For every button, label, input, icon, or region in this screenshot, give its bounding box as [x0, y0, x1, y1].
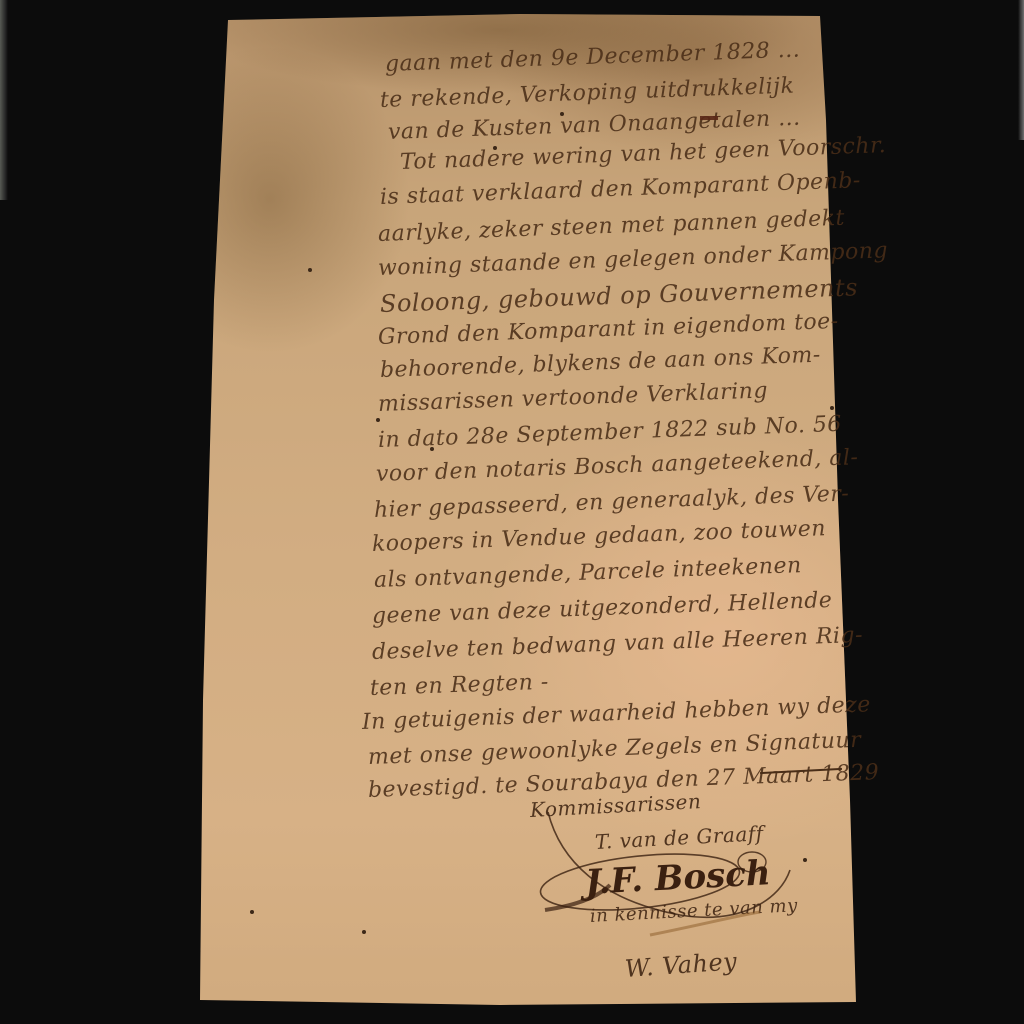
ink-spot: [362, 930, 366, 934]
ink-spot: [308, 268, 312, 272]
ink-spot: [376, 418, 380, 422]
handwritten-text: gaan met den 9e December 1828 ... te rek…: [0, 0, 1024, 1024]
ink-spot: [250, 910, 254, 914]
signature-flourishes: [0, 0, 1024, 1024]
ink-spot: [560, 112, 564, 116]
ink-spot: [803, 858, 807, 862]
ink-spot: [830, 406, 834, 410]
ink-spot: [430, 447, 434, 451]
ink-spot: [493, 146, 497, 150]
